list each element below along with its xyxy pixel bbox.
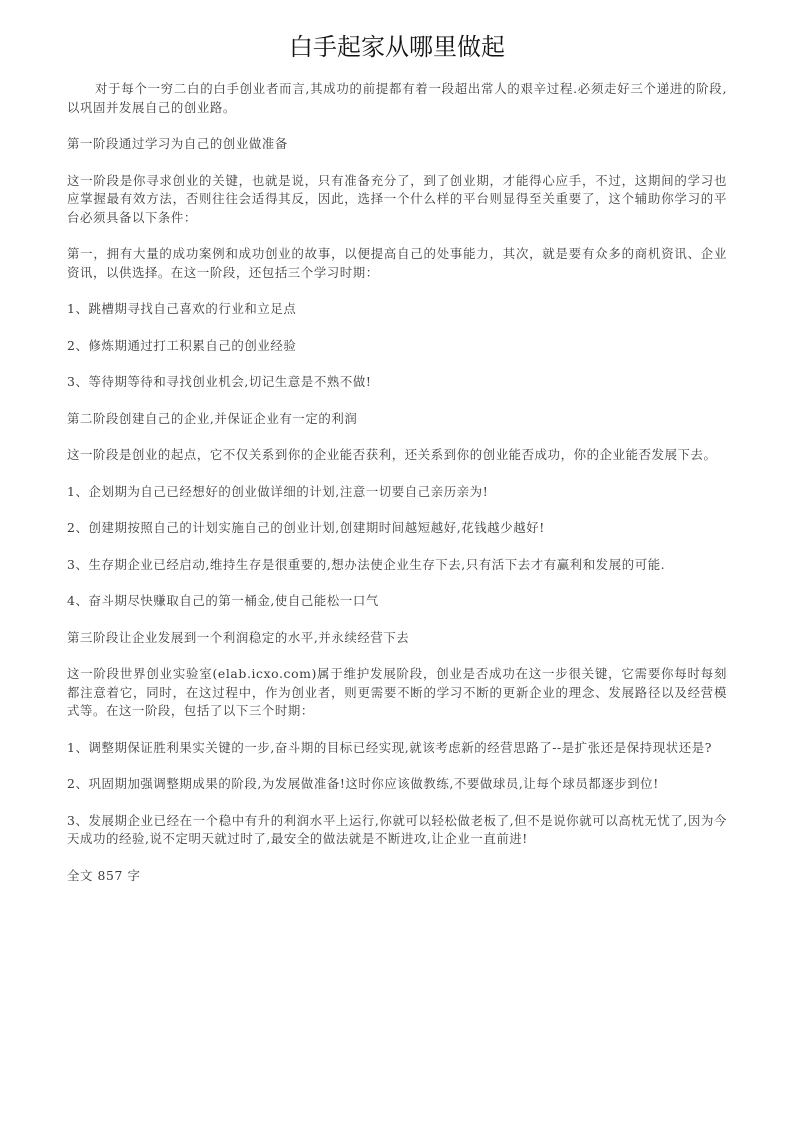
- stage-three-heading: 第三阶段让企业发展到一个利润稳定的水平,并永续经营下去: [67, 629, 727, 648]
- list-item: 4、奋斗期尽快赚取自己的第一桶金,使自己能松一口气: [67, 592, 727, 611]
- document-title: 白手起家从哪里做起: [67, 30, 727, 64]
- list-item: 1、跳槽期寻找自己喜欢的行业和立足点: [67, 300, 727, 319]
- stage-two-heading: 第二阶段创建自己的企业,并保证企业有一定的利润: [67, 410, 727, 429]
- list-item: 3、发展期企业已经在一个稳中有升的利润水平上运行,你就可以轻松做老板了,但不是说…: [67, 812, 727, 849]
- stage-two-description: 这一阶段是创业的起点，它不仅关系到你的企业能否获利，还关系到你的创业能否成功，你…: [67, 446, 727, 465]
- stage-one-conditions: 第一，拥有大量的成功案例和成功创业的故事，以便提高自己的处事能力，其次，就是要有…: [67, 245, 727, 282]
- stage-one-description: 这一阶段是你寻求创业的关键，也就是说，只有准备充分了，到了创业期，才能得心应手，…: [67, 172, 727, 228]
- stage-one-heading: 第一阶段通过学习为自己的创业做准备: [67, 135, 727, 154]
- stage-three-description: 这一阶段世界创业实验室(elab.icxo.com)属于维护发展阶段，创业是否成…: [67, 665, 727, 721]
- list-item: 2、巩固期加强调整期成果的阶段,为发展做准备!这时你应该做教练,不要做球员,让每…: [67, 775, 727, 794]
- intro-paragraph: 对于每个一穷二白的白手创业者而言,其成功的前提都有着一段超出常人的艰辛过程.必须…: [67, 80, 727, 117]
- list-item: 3、等待期等待和寻找创业机会,切记生意是不熟不做!: [67, 373, 727, 392]
- list-item: 2、修炼期通过打工积累自己的创业经验: [67, 337, 727, 356]
- word-count: 全文 857 字: [67, 867, 727, 886]
- list-item: 1、调整期保证胜利果实关键的一步,奋斗期的目标已经实现,就该考虑新的经营思路了-…: [67, 739, 727, 758]
- document-page: 白手起家从哪里做起 对于每个一穷二白的白手创业者而言,其成功的前提都有着一段超出…: [67, 30, 727, 885]
- list-item: 3、生存期企业已经启动,维持生存是很重要的,想办法使企业生存下去,只有活下去才有…: [67, 556, 727, 575]
- list-item: 1、企划期为自己已经想好的创业做详细的计划,注意一切要自己亲历亲为!: [67, 483, 727, 502]
- list-item: 2、创建期按照自己的计划实施自己的创业计划,创建期时间越短越好,花钱越少越好!: [67, 519, 727, 538]
